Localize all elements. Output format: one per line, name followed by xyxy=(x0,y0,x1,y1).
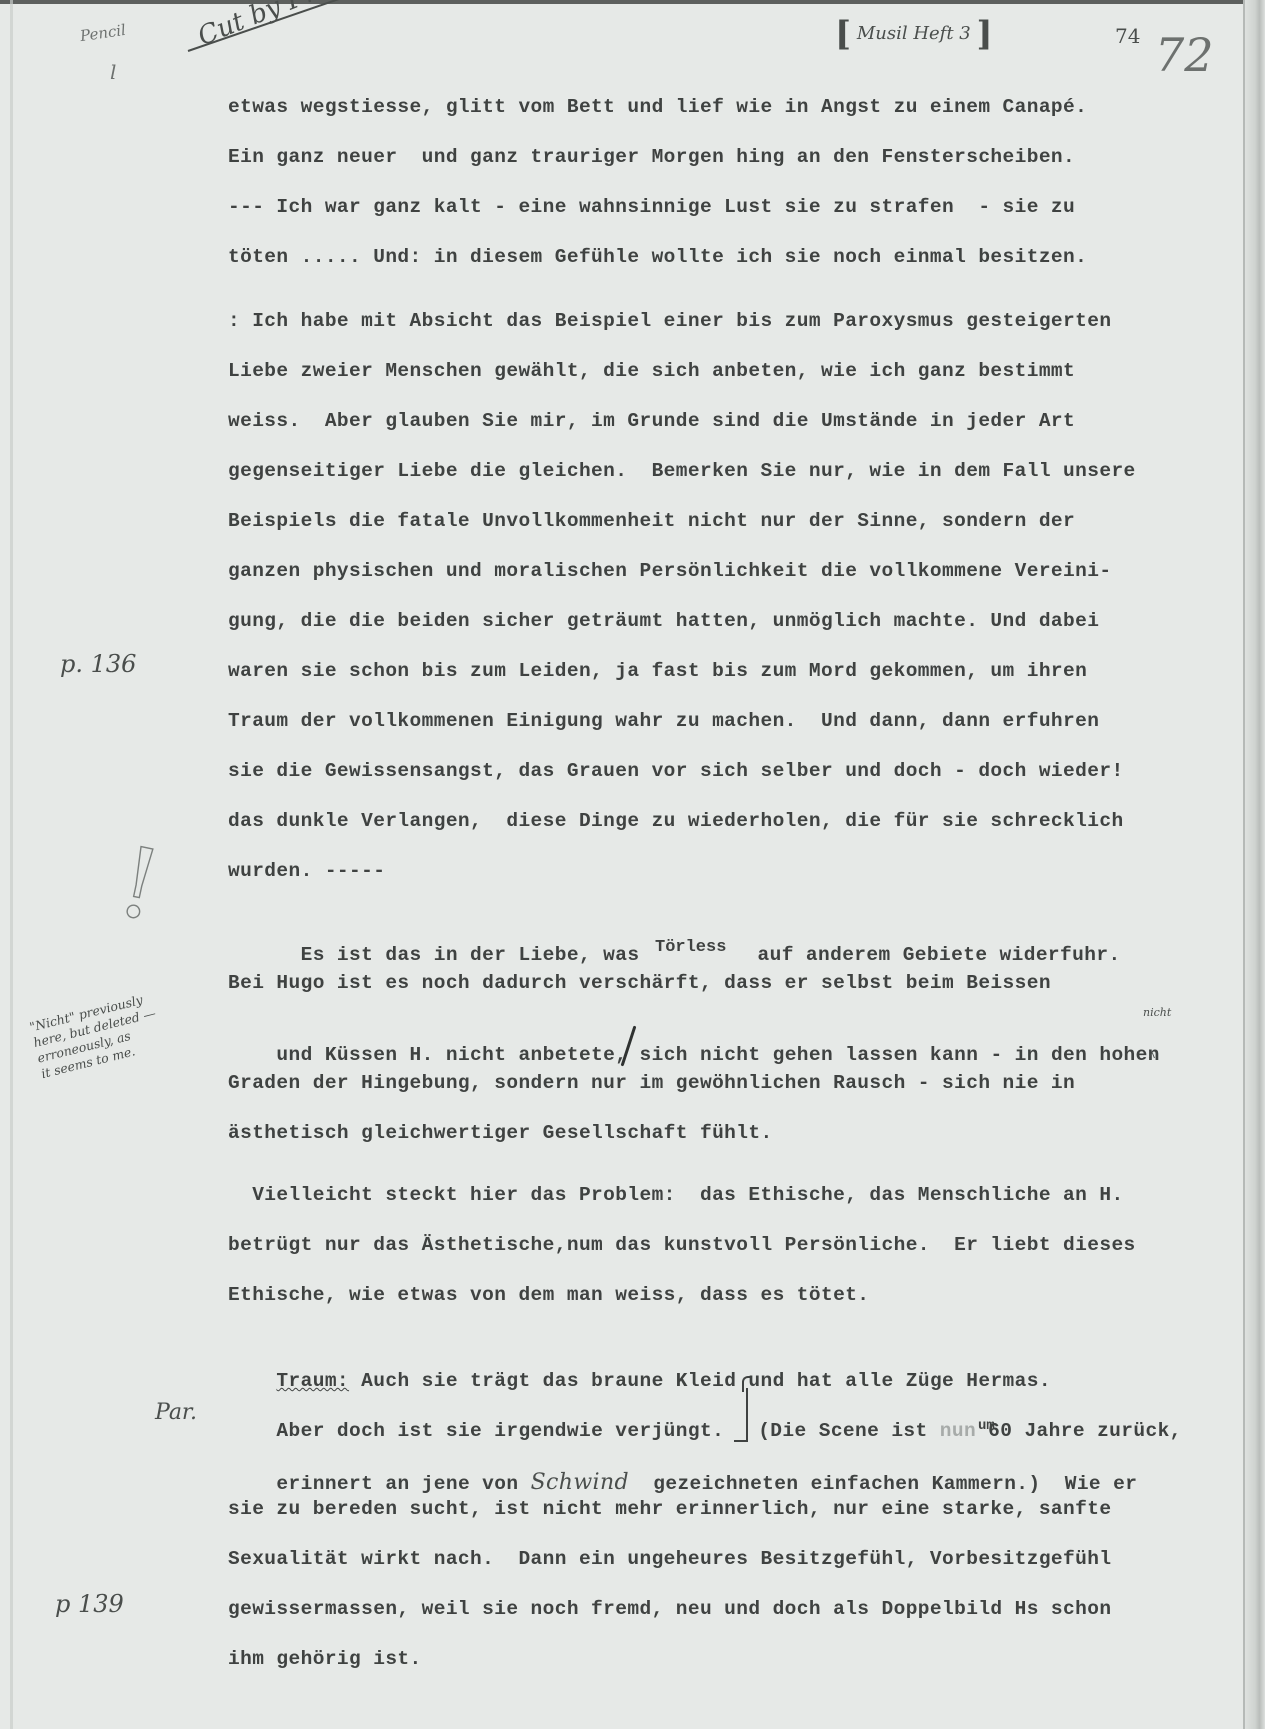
text-line: sie zu bereden sucht, ist nicht mehr eri… xyxy=(228,1498,1111,1520)
text-line: waren sie schon bis zum Leiden, ja fast … xyxy=(228,660,1087,682)
text-line: gewissermassen, weil sie noch fremd, neu… xyxy=(228,1598,1111,1620)
heft-reference-text: Musil Heft 3 xyxy=(857,23,971,44)
text-line: gung, die die beiden sicher geträumt hat… xyxy=(228,610,1099,632)
text-line: ganzen physischen und moralischen Persön… xyxy=(228,560,1111,582)
pencil-annotation: Pencil xyxy=(79,21,127,45)
text-segment: Auch sie trägt das braune Kleid und hat … xyxy=(349,1370,1051,1392)
handwritten-schwind: Schwind xyxy=(531,1470,629,1495)
text-line: Liebe zweier Menschen gewählt, die sich … xyxy=(228,360,1075,382)
text-line: Traum der vollkommenen Einigung wahr zu … xyxy=(228,710,1099,732)
scan-right-edge xyxy=(1243,0,1265,1729)
interlinear-insert-toerless: Törless xyxy=(655,938,726,957)
text-line: Vielleicht steckt hier das Problem: das … xyxy=(228,1184,1124,1206)
interlinear-insert-um: um xyxy=(978,1418,995,1434)
margin-exclamation-icon: ! xyxy=(109,825,170,943)
heft-reference-annotation: [ Musil Heft 3 ] xyxy=(835,14,993,54)
margin-page-ref-139: p 139 xyxy=(55,1590,124,1618)
text-line: gegenseitiger Liebe die gleichen. Bemerk… xyxy=(228,460,1136,482)
scan-left-edge xyxy=(10,0,13,1729)
margin-nicht-note: "Nicht" previously here, but deleted — e… xyxy=(28,990,165,1082)
page-number-typed-alt: 74 xyxy=(1115,24,1140,48)
pencil-mark-annotation: l xyxy=(110,60,116,84)
open-bracket-icon: [ xyxy=(835,14,851,54)
text-line: wurden. ----- xyxy=(228,860,385,882)
text-line: etwas wegstiesse, glitt vom Bett und lie… xyxy=(228,96,1087,118)
traum-label: Traum: xyxy=(276,1370,349,1392)
margin-paragraph-mark: Par. xyxy=(155,1400,197,1425)
text-segment: erinnert an jene von xyxy=(276,1473,530,1495)
text-line: töten ..... Und: in diesem Gefühle wollt… xyxy=(228,246,1087,268)
text-line: ästhetisch gleichwertiger Gesellschaft f… xyxy=(228,1122,773,1144)
text-segment: und Küssen H. nicht anbetete xyxy=(276,1044,615,1066)
text-line: das dunkle Verlangen, diese Dinge zu wie… xyxy=(228,810,1124,832)
text-segment: auf anderem Gebiete widerfuhr. xyxy=(757,944,1120,966)
text-line: Sexualität wirkt nach. Dann ein ungeheur… xyxy=(228,1548,1111,1570)
text-segment: gezeichneten einfachen Kammern.) Wie er xyxy=(629,1473,1137,1495)
struck-text: nun xyxy=(940,1420,976,1442)
insertion-caret-icon: ^ xyxy=(1148,1050,1156,1065)
page-number-pencil: 72 xyxy=(1155,28,1214,82)
scene-bracket xyxy=(734,1388,748,1442)
text-segment: (Die Scene ist xyxy=(758,1420,940,1442)
text-line: weiss. Aber glauben Sie mir, im Grunde s… xyxy=(228,410,1075,432)
text-line: Ethische, wie etwas von dem man weiss, d… xyxy=(228,1284,869,1306)
text-line: ihm gehörig ist. xyxy=(228,1648,422,1670)
scan-top-border xyxy=(0,0,1265,4)
text-segment: Aber doch ist sie irgendwie verjüngt. xyxy=(276,1420,724,1442)
text-line: Bei Hugo ist es noch dadurch verschärft,… xyxy=(228,972,1051,994)
text-line: Ein ganz neuer und ganz trauriger Morgen… xyxy=(228,146,1075,168)
close-bracket-icon: ] xyxy=(976,14,992,54)
handwritten-insert-nicht: nicht xyxy=(1143,1006,1171,1019)
text-segment: 60 Jahre zurück, xyxy=(976,1420,1182,1442)
text-segment: , sich nicht gehen lassen kann - in den … xyxy=(615,1044,1160,1066)
text-segment: Es ist das in der Liebe, was xyxy=(276,944,639,966)
margin-page-ref-136: p. 136 xyxy=(60,650,136,678)
scan-right-edge-line xyxy=(1243,0,1245,1729)
text-line: Beispiels die fatale Unvollkommenheit ni… xyxy=(228,510,1075,532)
text-line: Graden der Hingebung, sondern nur im gew… xyxy=(228,1072,1075,1094)
text-line: sie die Gewissensangst, das Grauen vor s… xyxy=(228,760,1124,782)
text-line: betrügt nur das Ästhetische,num das kuns… xyxy=(228,1234,1136,1256)
text-line: --- Ich war ganz kalt - eine wahnsinnige… xyxy=(228,196,1075,218)
text-line: : Ich habe mit Absicht das Beispiel eine… xyxy=(228,310,1111,332)
